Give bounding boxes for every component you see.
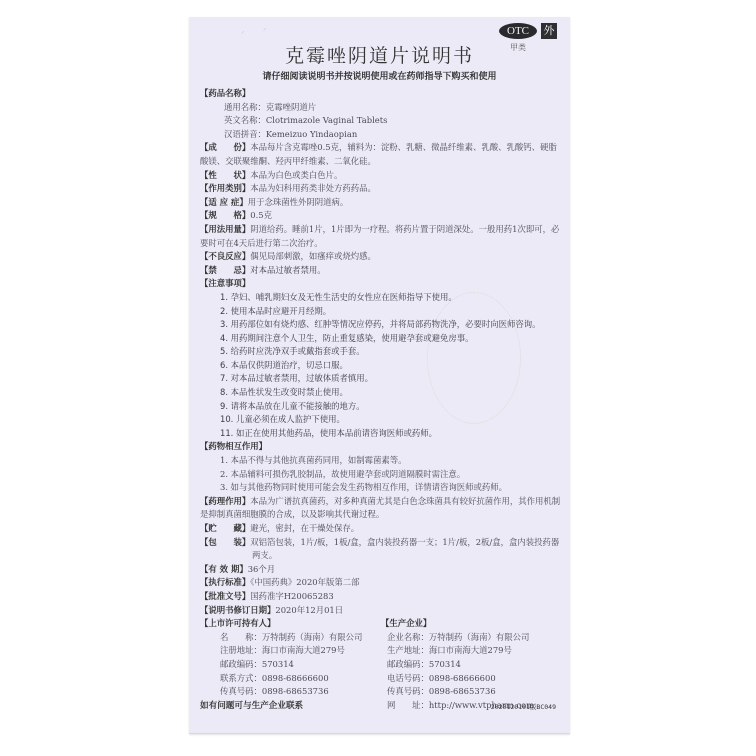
section-text: 本品为白色或类白色片。: [250, 170, 342, 180]
section-text: 本品每片含克霉唑0.5克，辅料为：淀粉、乳糖、微晶纤维素、乳酸、乳酸钙、硬脂酸镁…: [200, 142, 557, 166]
holder-line: 邮政编码：570314: [200, 658, 381, 672]
section-text: 0.5克: [250, 210, 272, 220]
precaution-item: 11. 如正在使用其他药品，使用本品前请咨询医师或药师。: [200, 427, 562, 441]
section-label: 【有 效 期】: [200, 564, 248, 574]
section-approval-number: 【批准文号】国药准字H20065283: [200, 590, 562, 604]
otc-badge: OTC: [499, 23, 537, 39]
section-label: 【说明书修订日期】: [200, 605, 275, 615]
section-storage: 【贮 藏】避光，密封，在干燥处保存。: [200, 522, 562, 536]
section-text: 《中国药典》2020年版第二部: [250, 577, 359, 587]
manufacturer-line: 传真号码：0898-68653736: [381, 685, 562, 699]
english-name: 英文名称：Clotrimazole Vaginal Tablets: [200, 114, 562, 128]
interaction-item: 3. 如与其他药物同时使用可能会发生药物相互作用，详情请咨询医师或药师。: [200, 481, 562, 495]
holder-line: 名 称：万特制药（海南）有限公司: [200, 631, 381, 645]
interactions-list: 1. 本品不得与其他抗真菌药同用，如制霉菌素等。 2. 本品辅料可损伤乳胶制品，…: [200, 454, 562, 495]
precaution-item: 9. 请将本品放在儿童不能接触的地方。: [200, 400, 562, 414]
section-label-interactions: 【药物相互作用】: [200, 440, 562, 454]
precautions-list: 1. 孕妇、哺乳期妇女及无性生活史的女性应在医师指导下使用。 2. 使用本品时应…: [200, 291, 562, 441]
print-mark: ⸝: [241, 27, 245, 36]
precaution-item: 5. 给药时应洗净双手或戴指套或手套。: [200, 345, 562, 359]
section-label-precautions: 【注意事项】: [200, 277, 562, 291]
package-insert-sheet: ⸝ ⸝ OTC 外 甲类 克霉唑阴道片说明书 请仔细阅读说明书并按说明使用或在药…: [189, 17, 570, 734]
contact-note: 如有问题可与生产企业联系: [200, 699, 303, 711]
section-text: 本品为广谱抗真菌药，对多种真菌尤其是白色念珠菌具有较好抗菌作用，其作用机制是抑制…: [200, 496, 560, 520]
section-label: 【药理作用】: [200, 496, 250, 506]
section-revision-date: 【说明书修订日期】2020年12月01日: [200, 604, 562, 618]
precaution-item: 7. 对本品过敏者禁用，过敏体质者慎用。: [200, 372, 562, 386]
manufacturer-line: 邮政编码：570314: [381, 658, 562, 672]
section-text: 双铝箔包装，1片/板，1板/盒，盒内装投药器一支；1片/板，2板/盒，盒内装投药…: [250, 537, 559, 561]
section-label: 【成 份】: [200, 142, 250, 152]
precaution-item: 4. 用药期间注意个人卫生，防止重复感染，使用避孕套或避免房事。: [200, 332, 562, 346]
section-label: 【不良反应】: [200, 251, 250, 261]
section-label: 【性 状】: [200, 170, 250, 180]
section-composition: 【成 份】本品每片含克霉唑0.5克，辅料为：淀粉、乳糖、微晶纤维素、乳酸、乳酸钙…: [200, 141, 562, 168]
section-category: 【作用类别】本品为妇科用药类非处方药药品。: [200, 182, 562, 196]
section-pharmacology: 【药理作用】本品为广谱抗真菌药，对多种真菌尤其是白色念珠菌具有较好抗菌作用，其作…: [200, 495, 562, 522]
section-label: 【贮 藏】: [200, 523, 250, 533]
interaction-item: 1. 本品不得与其他抗真菌药同用，如制霉菌素等。: [200, 454, 562, 468]
precaution-item: 1. 孕妇、哺乳期妇女及无性生活史的女性应在医师指导下使用。: [200, 291, 562, 305]
pinyin-name: 汉语拼音：Kemeizuo Yindaopian: [200, 128, 562, 142]
section-text: 偶见局部刺激，如瘙痒或烧灼感。: [250, 251, 376, 261]
section-label: 【禁 忌】: [200, 265, 250, 275]
section-label: 【规 格】: [200, 210, 250, 220]
precaution-item: 6. 本品仅供阴道治疗，切忌口服。: [200, 359, 562, 373]
generic-name: 通用名称：克霉唑阴道片: [200, 101, 562, 115]
section-text: 36个月: [248, 564, 275, 574]
precaution-item: 10. 儿童必须在成人监护下使用。: [200, 413, 562, 427]
manufacturer-line: 电话号码：0898-68666600: [381, 672, 562, 686]
section-text: 阴道给药。睡前1片，1片即为一疗程。将药片置于阴道深处。一般用药1次即可，必要时…: [200, 224, 559, 248]
section-label: 【用法用量】: [200, 224, 250, 234]
precaution-item: 3. 用药部位如有烧灼感、红肿等情况应停药，并将局部药物洗净，必要时向医师咨询。: [200, 318, 562, 332]
section-label: 【包 装】: [200, 537, 250, 547]
section-text: 国药准字H20065283: [250, 591, 333, 601]
holder-line: 联系方式：0898-68666600: [200, 672, 381, 686]
section-text: 对本品过敏者禁用。: [250, 265, 325, 275]
precaution-item: 2. 使用本品时应避开月经期。: [200, 305, 562, 319]
holder-line: 传真号码：0898-68653736: [200, 685, 381, 699]
section-label: 【作用类别】: [200, 183, 250, 193]
print-mark: ⸝: [263, 24, 267, 33]
document-title: 克霉唑阴道片说明书: [189, 41, 570, 68]
section-appearance: 【性 状】本品为白色或类白色片。: [200, 169, 562, 183]
section-indication: 【适 应 症】用于念珠菌性外阴阴道病。: [200, 196, 562, 210]
precaution-item: 8. 本品性状发生改变时禁止使用。: [200, 386, 562, 400]
section-contraindications: 【禁 忌】对本品过敏者禁用。: [200, 264, 562, 278]
manufacturer-line: 生产地址：海口市南海大道279号: [381, 644, 562, 658]
section-package: 【包 装】双铝箔包装，1片/板，1板/盒，盒内装投药器一支；1片/板，2板/盒，…: [200, 536, 562, 563]
insert-content: 【药品名称】 通用名称：克霉唑阴道片 英文名称：Clotrimazole Vag…: [200, 87, 562, 712]
section-standard: 【执行标准】《中国药典》2020年版第二部: [200, 576, 562, 590]
section-text: 避光，密封，在干燥处保存。: [250, 523, 359, 533]
section-text: 用于念珠菌性外阴阴道病。: [248, 197, 349, 207]
interaction-item: 2. 本品辅料可损伤乳胶制品，故使用避孕套或阴道隔膜时需注意。: [200, 468, 562, 482]
section-dosage: 【用法用量】阴道给药。睡前1片，1片即为一疗程。将药片置于阴道深处。一般用药1次…: [200, 223, 562, 250]
section-specification: 【规 格】0.5克: [200, 209, 562, 223]
section-label-drug-name: 【药品名称】: [200, 87, 562, 101]
manufacturer-line: 企业名称：万特制药（海南）有限公司: [381, 631, 562, 645]
holder-label: 【上市许可持有人】: [200, 617, 381, 631]
section-label: 【执行标准】: [200, 577, 250, 587]
section-text: 2020年12月01日: [275, 605, 343, 615]
manufacturer-label: 【生产企业】: [381, 617, 562, 631]
section-adverse-reactions: 【不良反应】偶见局部刺激，如瘙痒或烧灼感。: [200, 250, 562, 264]
document-subtitle: 请仔细阅读说明书并按说明使用或在药师指导下购买和使用: [189, 69, 570, 82]
section-text: 本品为妇科用药类非处方药药品。: [250, 183, 376, 193]
holder-line: 注册地址：海口市南海大道279号: [200, 644, 381, 658]
manufacturer: 【生产企业】 企业名称：万特制药（海南）有限公司 生产地址：海口市南海大道279…: [381, 617, 562, 712]
section-label: 【适 应 症】: [200, 197, 248, 207]
version-code: 2020120101版BC049: [491, 702, 556, 711]
external-use-badge: 外: [541, 23, 557, 39]
section-label: 【批准文号】: [200, 591, 250, 601]
section-validity: 【有 效 期】36个月: [200, 563, 562, 577]
